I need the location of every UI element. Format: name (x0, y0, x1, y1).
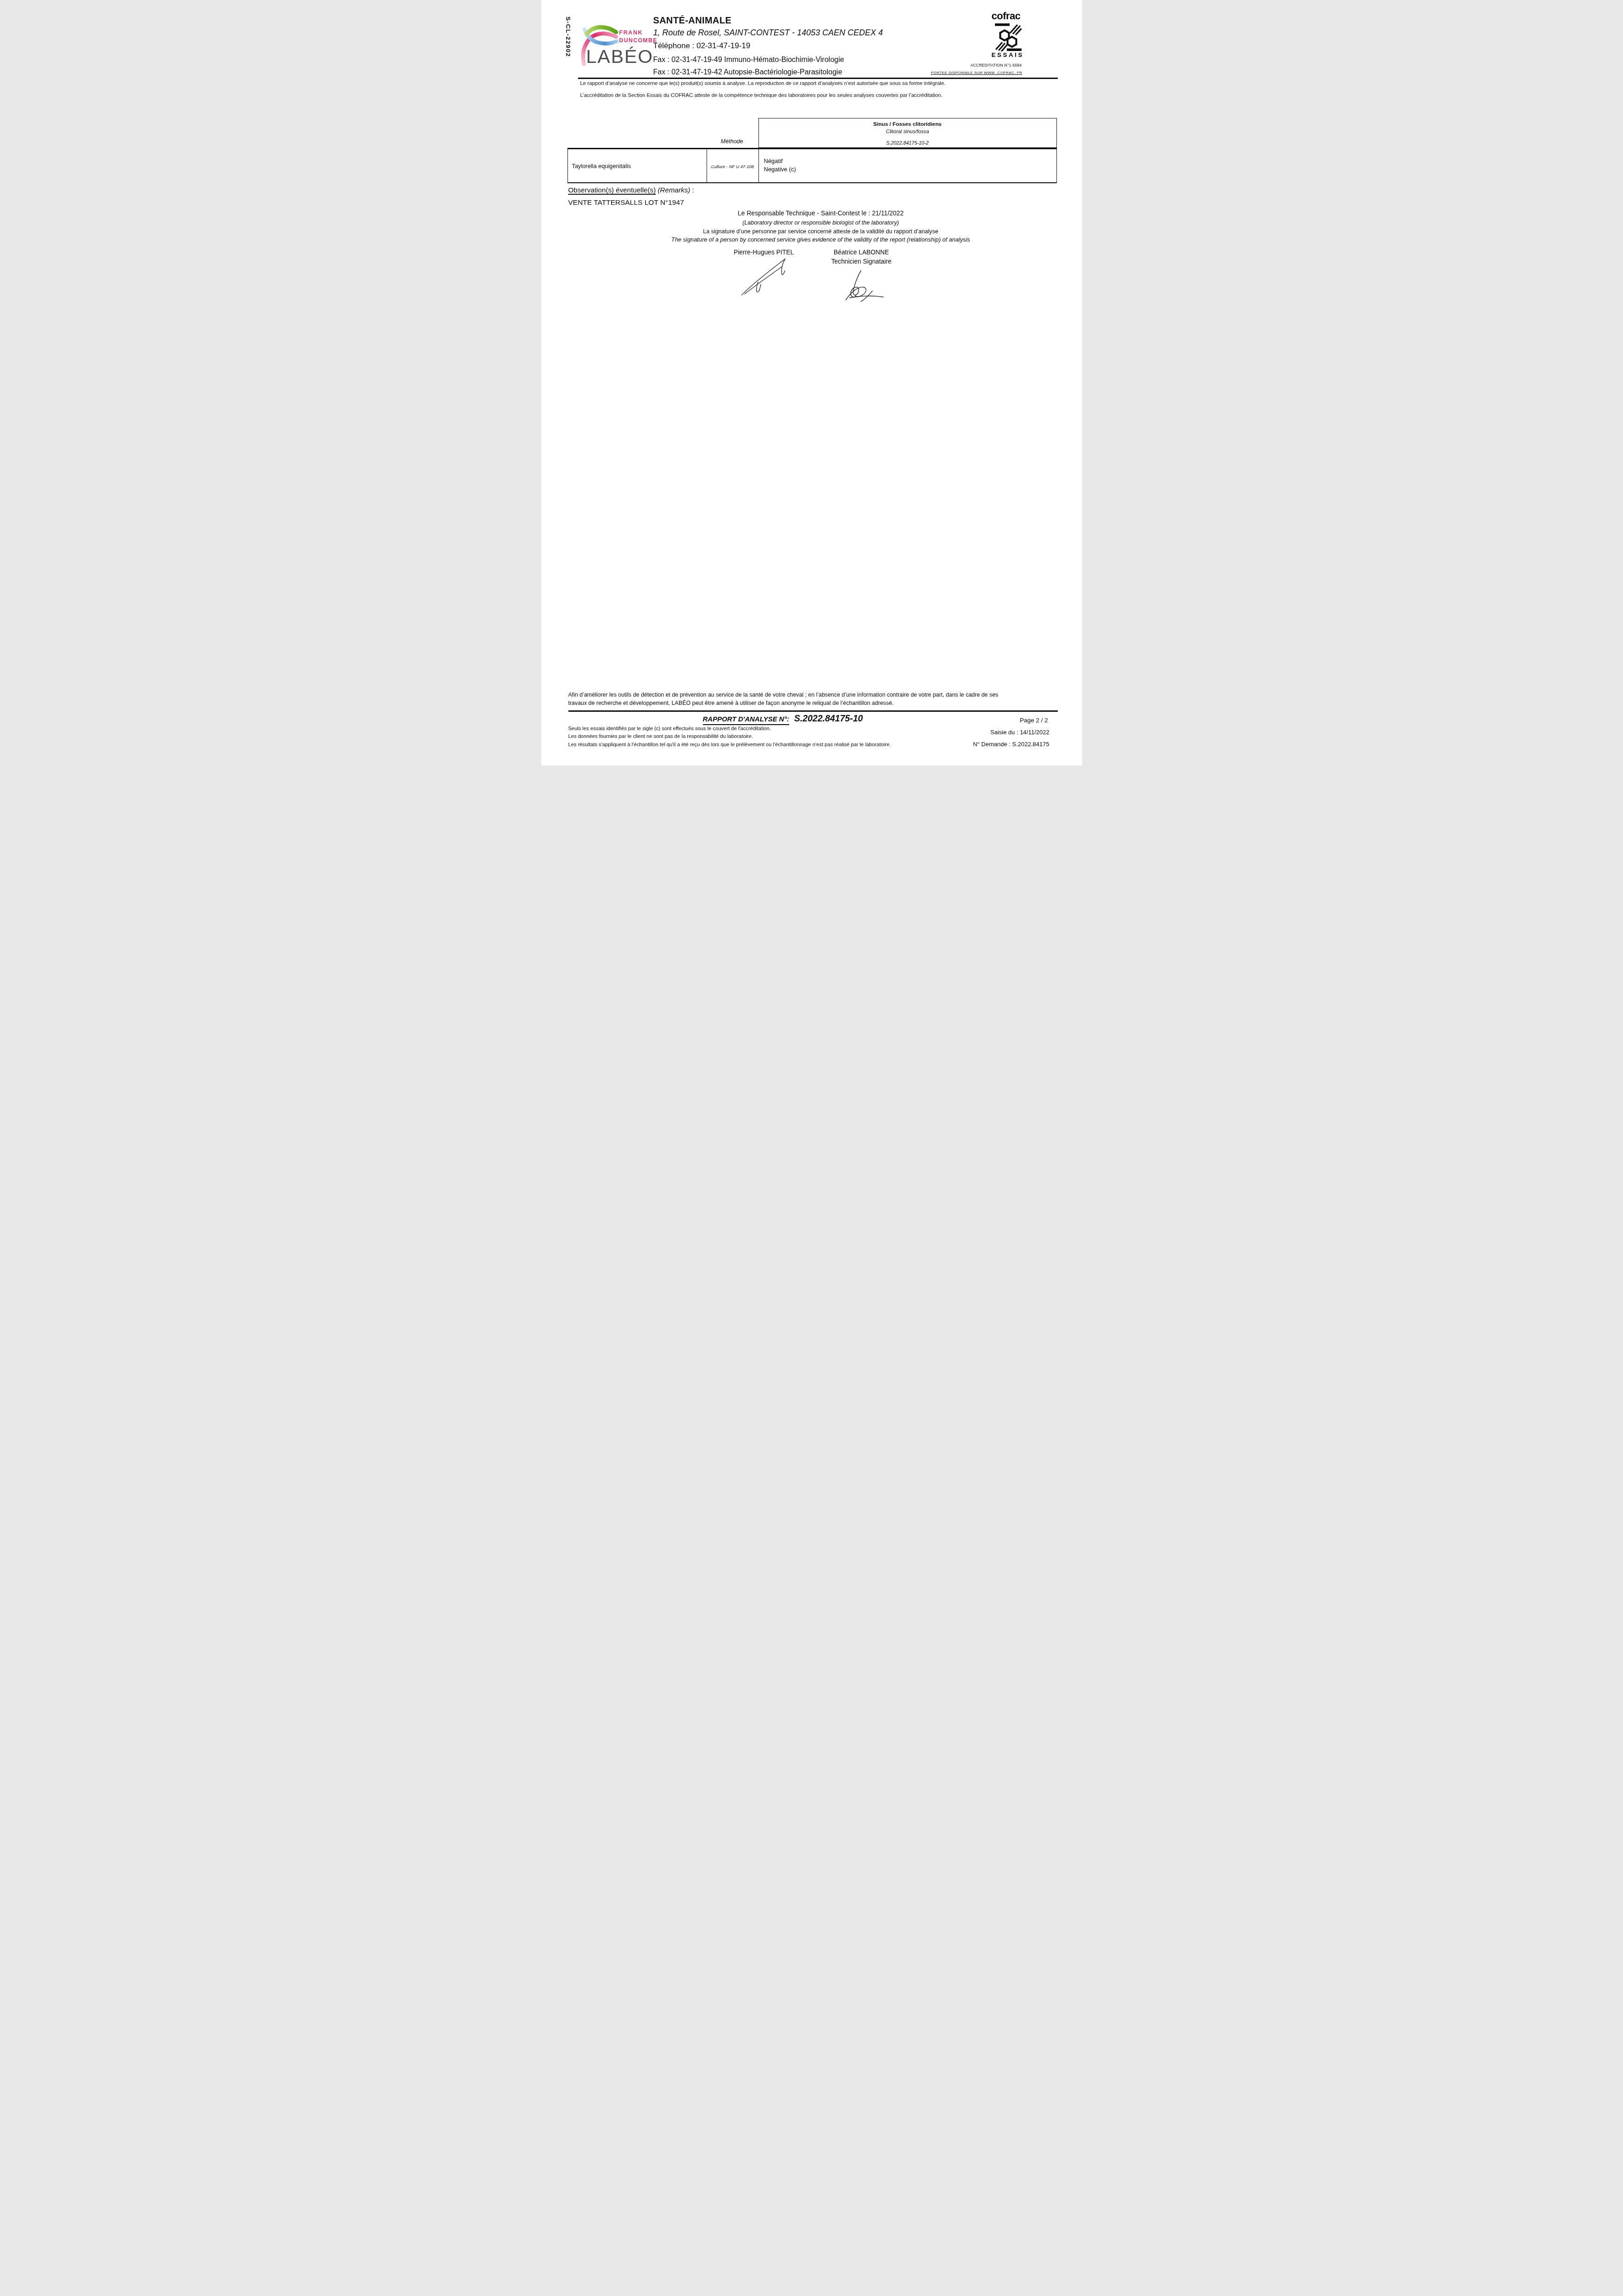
sample-column-header: Sinus / Fosses clitoridiens Clitoral sin… (758, 118, 1057, 148)
footer-note-2: Les données fournies par le client ne so… (568, 734, 753, 740)
result-cell: Négatif Negative (c) (759, 149, 1056, 182)
observations-colon: : (690, 186, 694, 194)
report-number-label: RAPPORT D'ANALYSE N°: (703, 715, 789, 725)
report-number-value: S.2022.84175-10 (794, 714, 863, 724)
footer-note-3: Les résultats s'appliquent à l'échantill… (568, 742, 891, 748)
lab-address: 1, Route de Rosel, SAINT-CONTEST - 14053… (653, 28, 883, 38)
cofrac-essais-label: ESSAIS (992, 51, 1024, 59)
signer1-name: Pierre-Hugues PITEL (718, 249, 810, 256)
observations-heading: Observation(s) éventuelle(s) (Remarks) : (568, 186, 694, 195)
logo-brand-line1: FRANK (619, 29, 643, 36)
cofrac-hexagons-icon (995, 23, 1022, 51)
accreditation-number: ACCREDITATION N°1-5684 (970, 63, 1022, 68)
footer-note-1: Seuls les essais identifiés par le sigle… (568, 726, 771, 732)
logo-brand-line2: DUNCOMBE (619, 37, 657, 44)
responsible-line-en: (Laboratory director or responsible biol… (560, 219, 1082, 226)
lab-fax-2: Fax : 02-31-47-19-42 Autopsie-Bactériolo… (653, 68, 842, 77)
cofrac-logo-word: cofrac (992, 10, 1021, 22)
side-reference-code: S-CL-22902 (565, 17, 572, 57)
signer2-role: Technicien Signataire (817, 258, 906, 265)
header-divider (578, 78, 1058, 79)
lab-phone: Téléphone : 02-31-47-19-19 (653, 41, 751, 51)
responsible-line: Le Responsable Technique - Saint-Contest… (560, 209, 1082, 217)
report-number-line: RAPPORT D'ANALYSE N°: S.2022.84175-10 (703, 714, 863, 725)
table-row: Taylorella equigenitalis Culture - NF U … (567, 149, 1057, 183)
method-cell: Culture - NF U 47-108 (707, 149, 759, 182)
signature-pitel (739, 258, 792, 297)
entry-date: Saisie du : 14/11/2022 (990, 729, 1049, 736)
lab-fax-1: Fax : 02-31-47-19-49 Immuno-Hémato-Bioch… (653, 56, 844, 65)
sample-subtitle: Clitoral sinus/fossa (759, 129, 1056, 135)
analyte-name: Taylorella equigenitalis (572, 163, 631, 169)
result-en: Negative (c) (764, 165, 796, 174)
sample-title: Sinus / Fosses clitoridiens (759, 121, 1056, 128)
notice-line-2: L’accréditation de la Section Essais du … (580, 93, 943, 99)
notice-line-1: Le rapport d’analyse ne concerne que le(… (580, 81, 946, 87)
signature-validity-en: The signature of a person by concerned s… (560, 236, 1082, 243)
rd-notice-line1: Afin d’améliorer les outils de détection… (568, 692, 999, 698)
signer2-name: Béatrice LABONNE (817, 249, 906, 256)
footer-divider (568, 710, 1058, 712)
signature-validity-fr: La signature d’une personne par service … (560, 228, 1082, 235)
method-value: Culture - NF U 47-108 (707, 164, 758, 169)
analyte-cell: Taylorella equigenitalis (568, 149, 707, 182)
lab-report-page: S-CL-22902 FRANK DUNCOMBE LABÉO SANTÉ-AN… (541, 0, 1082, 765)
observations-label: Observation(s) éventuelle(s) (568, 186, 656, 194)
sample-id: S.2022.84175-10-2 (759, 141, 1056, 146)
rd-notice-line2: travaux de recherche et développement, L… (568, 700, 894, 707)
observations-value: VENTE TATTERSALLS LOT N°1947 (568, 199, 684, 207)
logo-name: LABÉO (586, 45, 654, 68)
cofrac-portee-link: PORTEE DISPONIBLE SUR WWW .COFRAC. FR (931, 71, 1022, 75)
result-value: Négatif Negative (c) (764, 157, 796, 174)
result-fr: Négatif (764, 157, 796, 165)
signature-labonne (836, 268, 890, 303)
observations-remarks: (Remarks) (656, 186, 690, 194)
page-indicator: Page 2 / 2 (1020, 717, 1048, 724)
method-column-label: Méthode (721, 138, 743, 145)
department-title: SANTÉ-ANIMALE (653, 16, 732, 27)
request-number: N° Demande : S.2022.84175 (973, 741, 1049, 748)
